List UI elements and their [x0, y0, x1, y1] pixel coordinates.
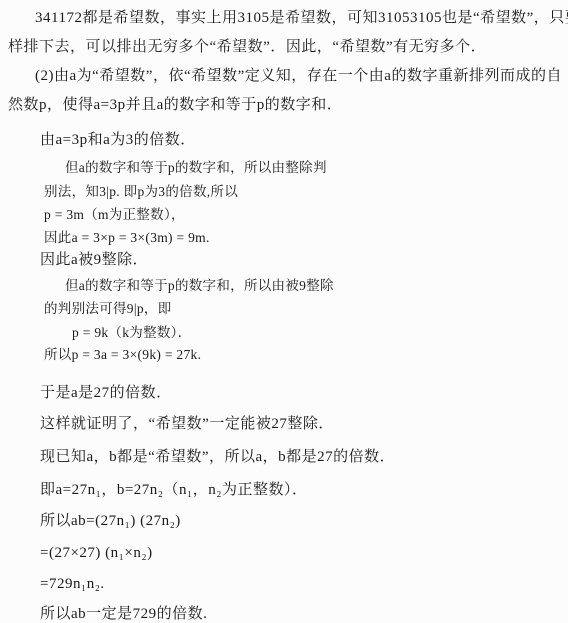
text-line: 所以p = 3a = 3×(9k) = 27k.	[44, 345, 568, 365]
text-line: 即a=27n₁，b=27n₂（n₁，n₂为正整数）．	[40, 480, 568, 500]
document-body: 341172都是希望数，事实上用3105是希望数，可知31053105也是“希望…	[8, 8, 568, 623]
text-line: 的判别法可得9|p，即	[44, 299, 568, 319]
text-line: 然数p，使得a=3p并且a的数字和等于p的数字和．	[8, 95, 568, 115]
text-line: 341172都是希望数，事实上用3105是希望数，可知31053105也是“希望…	[35, 8, 568, 28]
text-line: p = 3m（m为正整数），	[44, 205, 568, 225]
text-line: 因此a = 3×p = 3×(3m) = 9m.	[44, 228, 568, 248]
document-page: 341172都是希望数，事实上用3105是希望数，可知31053105也是“希望…	[0, 0, 568, 623]
text-line: 于是a是27的倍数．	[40, 383, 568, 403]
text-line: (2)由a为“希望数”，依“希望数”定义知，存在一个由a的数字重新排列而成的自	[35, 66, 568, 86]
text-line: 所以ab一定是729的倍数.	[40, 604, 568, 623]
text-line: 所以ab=(27n₁) (27n₂)	[40, 511, 568, 531]
text-line: 由a=3p和a为3的倍数．	[40, 130, 568, 150]
text-line: p = 9k（k为整数）．	[72, 323, 568, 343]
text-line: =(27×27) (n₁×n₂)	[40, 543, 568, 563]
text-line: 现已知a，b都是“希望数”，所以a，b都是27的倍数．	[40, 447, 568, 467]
text-line: 但a的数字和等于p的数字和，所以由整除判	[65, 158, 568, 178]
text-line: =729n₁n₂.	[40, 574, 568, 594]
text-line: 样排下去，可以排出无穷多个“希望数”．因此，“希望数”有无穷多个．	[8, 37, 568, 57]
text-line: 但a的数字和等于p的数字和，所以由被9整除	[65, 276, 568, 296]
text-line: 别法，知3|p. 即p为3的倍数,所以	[44, 182, 568, 202]
text-line: 因此a被9整除．	[40, 250, 568, 270]
text-line: 这样就证明了，“希望数”一定能被27整除．	[40, 414, 568, 434]
